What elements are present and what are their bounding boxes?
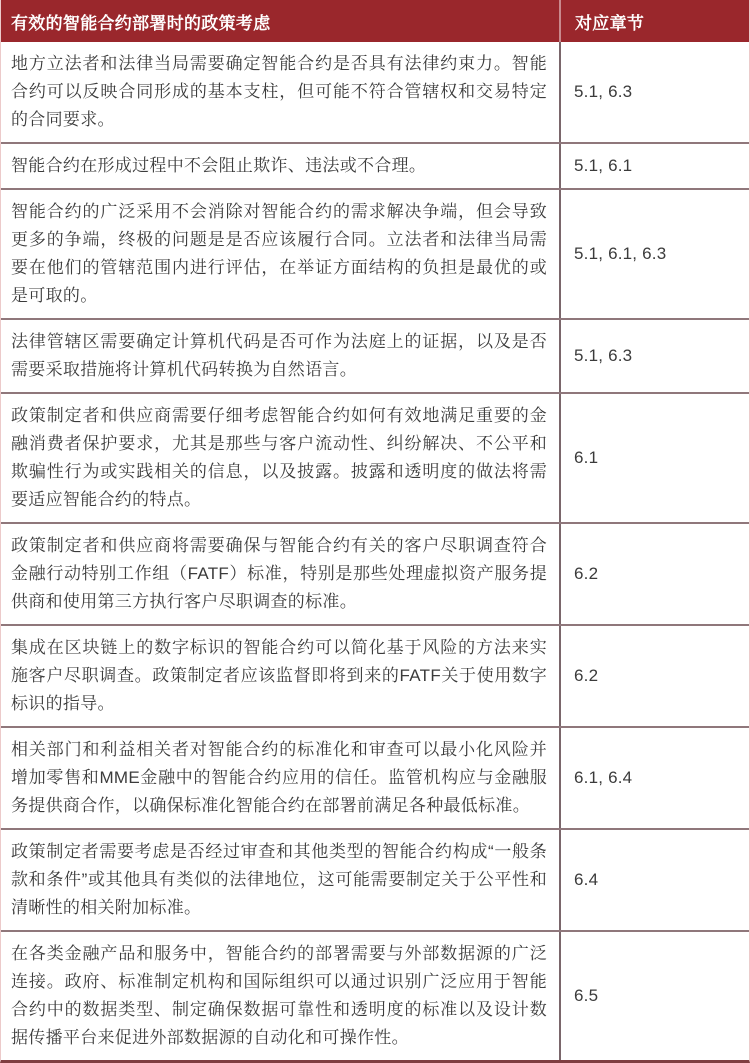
- sections-cell: 6.4: [561, 830, 749, 930]
- consideration-cell: 智能合约的广泛采用不会消除对智能合约的需求解决争端，但会导致更多的争端，终极的问…: [1, 190, 561, 318]
- table-body: 地方立法者和法律当局需要确定智能合约是否具有法律约束力。智能合约可以反映合同形成…: [1, 42, 749, 1060]
- consideration-cell: 法律管辖区需要确定计算机代码是否可作为法庭上的证据，以及是否需要采取措施将计算机…: [1, 320, 561, 392]
- table-row: 智能合约的广泛采用不会消除对智能合约的需求解决争端，但会导致更多的争端，终极的问…: [1, 190, 749, 320]
- policy-considerations-table: 有效的智能合约部署时的政策考虑 对应章节 地方立法者和法律当局需要确定智能合约是…: [0, 0, 750, 1063]
- consideration-cell: 在各类金融产品和服务中，智能合约的部署需要与外部数据源的广泛连接。政府、标准制定…: [1, 932, 561, 1060]
- table-row: 政策制定者和供应商需要仔细考虑智能合约如何有效地满足重要的金融消费者保护要求，尤…: [1, 394, 749, 524]
- table-row: 相关部门和利益相关者对智能合约的标准化和审查可以最小化风险并增加零售和MME金融…: [1, 728, 749, 830]
- table-row: 在各类金融产品和服务中，智能合约的部署需要与外部数据源的广泛连接。政府、标准制定…: [1, 932, 749, 1060]
- table-row: 政策制定者需要考虑是否经过审查和其他类型的智能合约构成“一般条款和条件”或其他具…: [1, 830, 749, 932]
- sections-cell: 5.1, 6.3: [561, 42, 749, 142]
- table-row: 智能合约在形成过程中不会阻止欺诈、违法或不合理。 5.1, 6.1: [1, 144, 749, 190]
- consideration-cell: 智能合约在形成过程中不会阻止欺诈、违法或不合理。: [1, 144, 561, 188]
- consideration-cell: 集成在区块链上的数字标识的智能合约可以简化基于风险的方法来实施客户尽职调查。政策…: [1, 626, 561, 726]
- consideration-cell: 相关部门和利益相关者对智能合约的标准化和审查可以最小化风险并增加零售和MME金融…: [1, 728, 561, 828]
- consideration-cell: 政策制定者和供应商将需要确保与智能合约有关的客户尽职调查符合金融行动特别工作组（…: [1, 524, 561, 624]
- sections-cell: 6.2: [561, 524, 749, 624]
- table-row: 地方立法者和法律当局需要确定智能合约是否具有法律约束力。智能合约可以反映合同形成…: [1, 42, 749, 144]
- table-row: 集成在区块链上的数字标识的智能合约可以简化基于风险的方法来实施客户尽职调查。政策…: [1, 626, 749, 728]
- consideration-cell: 政策制定者需要考虑是否经过审查和其他类型的智能合约构成“一般条款和条件”或其他具…: [1, 830, 561, 930]
- header-considerations: 有效的智能合约部署时的政策考虑: [1, 0, 561, 42]
- sections-cell: 5.1, 6.1: [561, 144, 749, 188]
- sections-cell: 6.1: [561, 394, 749, 522]
- consideration-cell: 地方立法者和法律当局需要确定智能合约是否具有法律约束力。智能合约可以反映合同形成…: [1, 42, 561, 142]
- header-sections: 对应章节: [561, 0, 749, 42]
- sections-cell: 5.1, 6.3: [561, 320, 749, 392]
- table-row: 法律管辖区需要确定计算机代码是否可作为法庭上的证据，以及是否需要采取措施将计算机…: [1, 320, 749, 394]
- table-header-row: 有效的智能合约部署时的政策考虑 对应章节: [1, 0, 749, 42]
- sections-cell: 5.1, 6.1, 6.3: [561, 190, 749, 318]
- consideration-cell: 政策制定者和供应商需要仔细考虑智能合约如何有效地满足重要的金融消费者保护要求，尤…: [1, 394, 561, 522]
- table-row: 政策制定者和供应商将需要确保与智能合约有关的客户尽职调查符合金融行动特别工作组（…: [1, 524, 749, 626]
- sections-cell: 6.1, 6.4: [561, 728, 749, 828]
- sections-cell: 6.5: [561, 932, 749, 1060]
- sections-cell: 6.2: [561, 626, 749, 726]
